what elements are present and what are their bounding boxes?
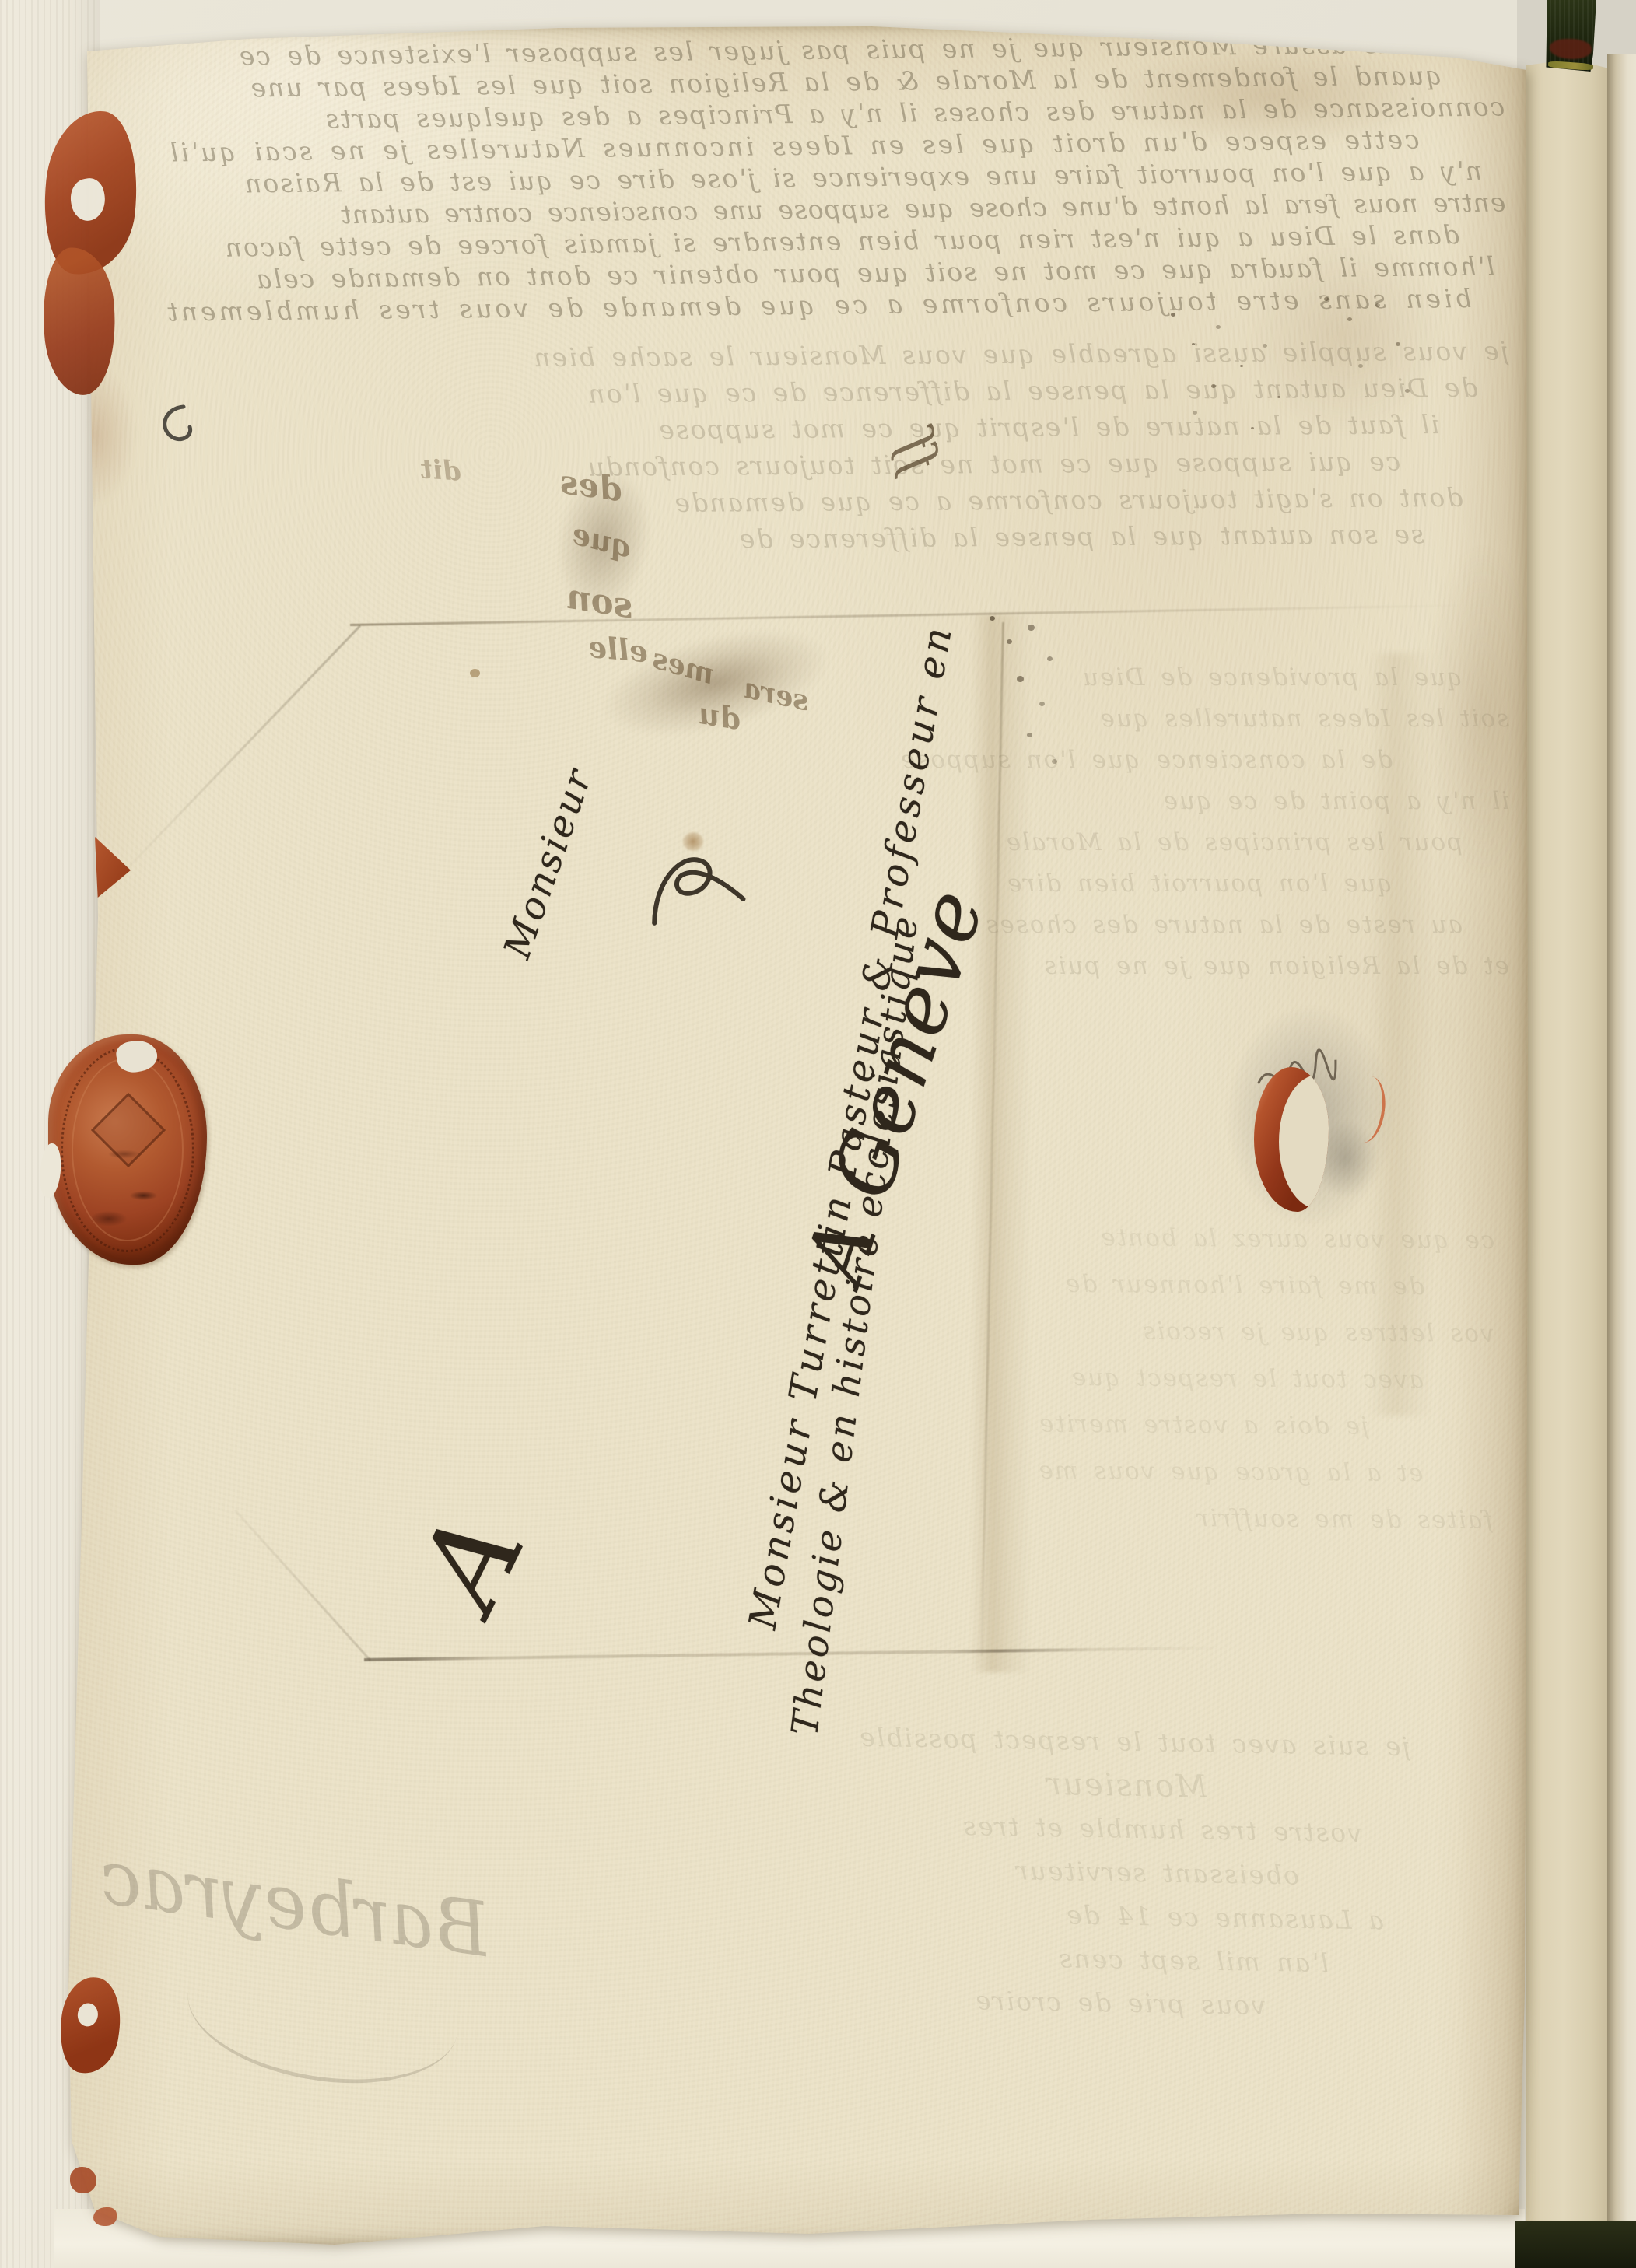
- bleedthrough-line: de me faire l'honneur de: [421, 1256, 1424, 1310]
- bleedthrough-line: et a la grace que vous me: [419, 1443, 1423, 1496]
- ink-speckles: [990, 616, 995, 621]
- ink-speckles: [1171, 313, 1175, 317]
- bleedthrough-line: avec tout le respect que: [420, 1349, 1424, 1403]
- bleedthrough-text-lower: ce que vous aurez la bontede me faire l'…: [419, 1209, 1495, 1544]
- dark-bleed-word: dit: [419, 453, 462, 488]
- dark-bleed-word: du: [696, 695, 744, 737]
- bleedthrough-line: il faut de la nature de l'esprit que ce …: [498, 406, 1439, 449]
- wax-dot: [93, 2207, 117, 2226]
- bleedthrough-line: faites de me souffrir: [419, 1489, 1493, 1544]
- ink-curl-mark-icon: [152, 401, 199, 447]
- scanned-letter-verso: { "scan": { "item_label": "Handwritten l…: [0, 0, 1636, 2268]
- bleedthrough-line: je dois a vostre merite: [419, 1396, 1368, 1450]
- bleedthrough-line: soit les Idees naturelles que: [405, 698, 1509, 740]
- wax-dot: [70, 2167, 96, 2193]
- bleedthrough-text-top: ses vous assure Monsieur que je ne puis …: [96, 27, 1507, 329]
- ink-speckles: [1324, 297, 1329, 301]
- dark-bleed-word: elle: [587, 629, 650, 670]
- bleedthrough-line: vos lettres que je recois: [420, 1303, 1494, 1357]
